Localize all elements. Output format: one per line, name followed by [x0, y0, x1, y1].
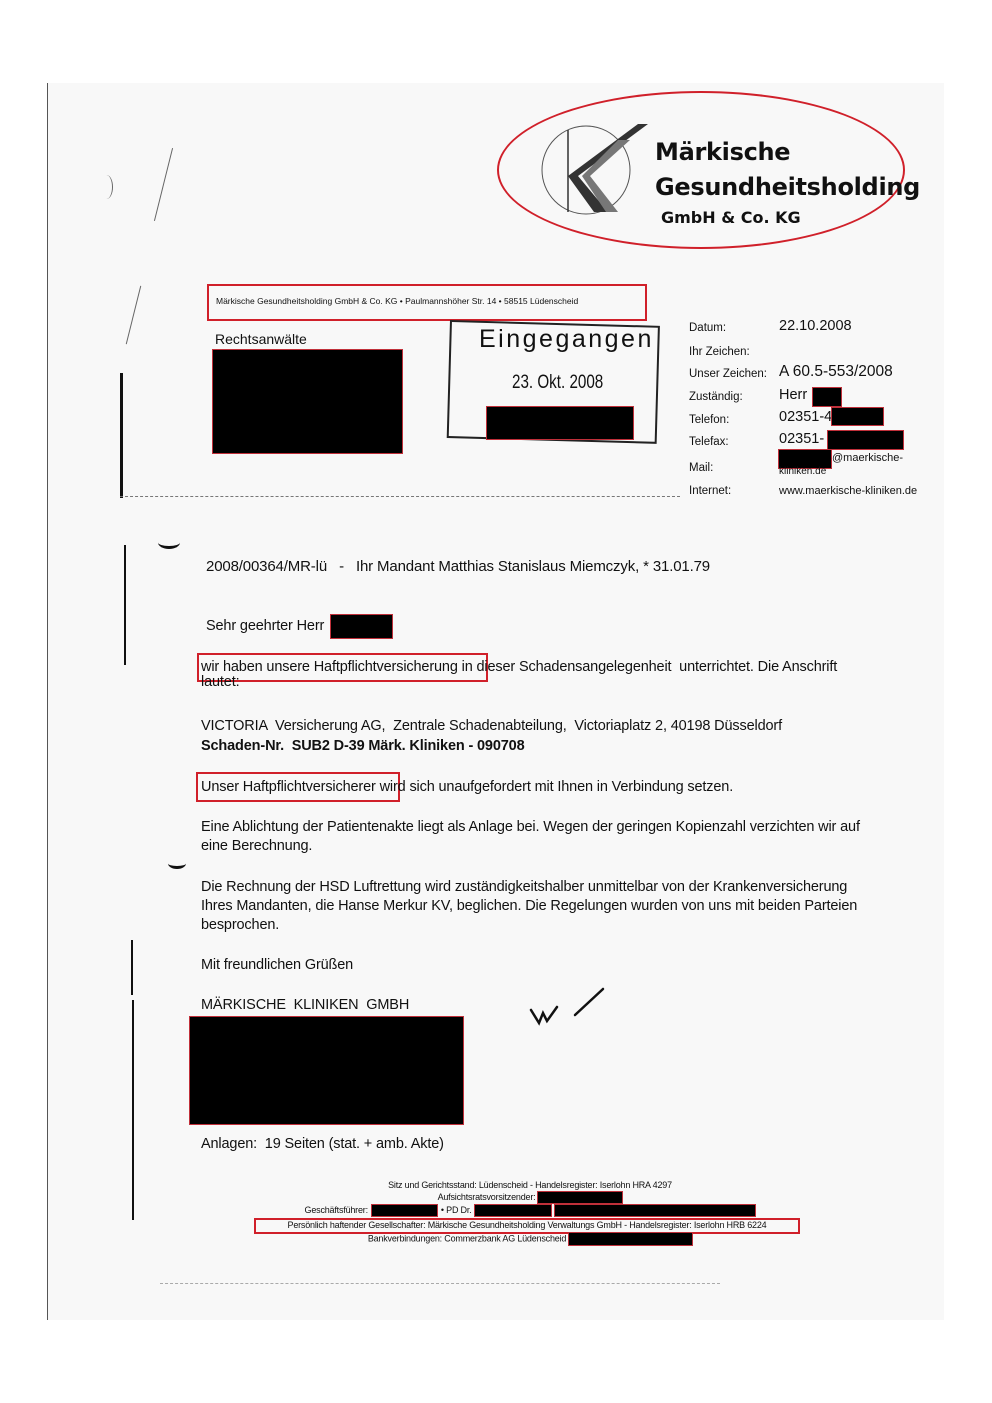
- footer-director3-redaction: [555, 1205, 755, 1216]
- paragraph-1-line-2: lautet:: [201, 674, 239, 690]
- info-label-mail: Mail:: [689, 462, 713, 474]
- paragraph-1-line-1: wir haben unsere Haftpflichtversicherung…: [201, 659, 837, 675]
- received-stamp-title: Eingegangen: [479, 325, 654, 354]
- subject-line: 2008/00364/MR-lü - Ihr Mandant Matthias …: [206, 558, 710, 575]
- margin-hook-mark: [158, 536, 180, 549]
- footer-directors-label: Geschäftsführer:: [305, 1205, 368, 1215]
- scanned-letter-page: [47, 83, 944, 1320]
- info-label-internet: Internet:: [689, 485, 731, 497]
- paragraph-2-rest: wird sich unaufgefordert mit Ihnen in Ve…: [376, 779, 733, 795]
- info-value-unser-zeichen: A 60.5-553/2008: [779, 363, 893, 381]
- footer-supervisory-board: Aufsichtsratsvorsitzender:: [250, 1192, 810, 1203]
- info-value-mail: @maerkische-: [832, 452, 903, 464]
- info-value-zustaendig: Herr: [779, 387, 807, 403]
- logo-name-line1: Märkische: [655, 138, 790, 166]
- bottom-scan-line: [160, 1283, 720, 1284]
- closing-greeting: Mit freundlichen Grüßen: [201, 957, 353, 973]
- recipient-address-redaction: [213, 350, 402, 453]
- footer-bank-label: Bankverbindungen: Commerzbank AG Lüdensc…: [368, 1233, 566, 1243]
- company-k-logo-icon: [538, 118, 648, 222]
- info-label-ihr-zeichen: Ihr Zeichen:: [689, 346, 750, 358]
- info-label-date: Datum:: [689, 322, 726, 334]
- margin-scan-mark: [124, 545, 126, 665]
- salutation-name-redaction: [331, 615, 392, 638]
- info-label-telefon: Telefon:: [689, 414, 729, 426]
- handwritten-signature: [525, 985, 615, 1035]
- margin-scan-mark: [120, 373, 123, 498]
- salutation: Sehr geehrter Herr: [206, 618, 324, 634]
- footer-managing-directors: Geschäftsführer:• PD Dr.: [250, 1205, 810, 1216]
- attachments-note: Anlagen: 19 Seiten (stat. + amb. Akte): [201, 1136, 444, 1152]
- logo-name-line2: Gesundheitsholding: [655, 173, 920, 201]
- footer-director1-redaction: [372, 1205, 437, 1216]
- logo-name-line3: GmbH & Co. KG: [661, 208, 801, 227]
- info-label-telefax: Telefax:: [689, 436, 729, 448]
- paragraph-4-line-1: Die Rechnung der HSD Luftrettung wird zu…: [201, 879, 847, 895]
- stamp-signature-redaction: [487, 407, 633, 439]
- info-value-mail-domain: kliniken.de: [779, 466, 826, 477]
- paragraph-2: Unser Haftpflichtversicherer wird sich u…: [201, 779, 733, 795]
- zustaendig-name-redaction: [813, 388, 841, 406]
- insurer-address: VICTORIA Versicherung AG, Zentrale Schad…: [201, 718, 782, 734]
- footer-director2-label: • PD Dr.: [441, 1205, 472, 1215]
- sender-return-address: Märkische Gesundheitsholding GmbH & Co. …: [216, 296, 578, 306]
- footer-director2-redaction: [475, 1205, 551, 1216]
- paragraph-3-line-1: Eine Ablichtung der Patientenakte liegt …: [201, 819, 860, 835]
- footer-general-partner: Persönlich haftender Gesellschafter: Mär…: [254, 1220, 800, 1230]
- paragraph-4-line-3: besprochen.: [201, 917, 279, 933]
- paragraph-2-highlight: Unser Haftpflichtversicherer: [201, 779, 376, 795]
- margin-scan-mark: [131, 940, 133, 995]
- info-value-telefax: 02351-: [779, 431, 824, 447]
- paragraph-3-line-2: eine Berechnung.: [201, 838, 312, 854]
- margin-hook-mark: [168, 858, 186, 869]
- footer-bank-redaction: [569, 1233, 692, 1245]
- footer-supervisory-label: Aufsichtsratsvorsitzender:: [438, 1192, 536, 1202]
- signatory-redaction: [190, 1017, 463, 1124]
- recipient-label: Rechtsanwälte: [215, 331, 307, 347]
- info-value-date: 22.10.2008: [779, 318, 852, 334]
- header-divider: [120, 496, 680, 497]
- footer-bank: Bankverbindungen: Commerzbank AG Lüdensc…: [250, 1233, 810, 1245]
- telefon-redaction: [832, 408, 883, 425]
- footer-supervisory-redaction: [538, 1192, 622, 1203]
- info-value-internet[interactable]: www.maerkische-kliniken.de: [779, 485, 917, 497]
- info-label-zustaendig: Zuständig:: [689, 391, 743, 403]
- info-label-unser-zeichen: Unser Zeichen:: [689, 368, 767, 380]
- margin-scan-mark: [132, 1000, 134, 1220]
- claim-number: Schaden-Nr. SUB2 D-39 Märk. Kliniken - 0…: [201, 738, 525, 754]
- info-value-telefon: 02351-4: [779, 409, 832, 425]
- paragraph-1-rest: in dieser Schadensangelegenheit unterric…: [458, 659, 837, 675]
- telefax-redaction: [828, 431, 903, 449]
- received-stamp-date: 23. Okt. 2008: [512, 372, 603, 394]
- paragraph-1-highlight: wir haben unsere Haftpflichtversicherung: [201, 659, 458, 675]
- closing-company: MÄRKISCHE KLINIKEN GMBH: [201, 997, 409, 1013]
- margin-arc-mark: [100, 175, 113, 199]
- paragraph-4-line-2: Ihres Mandanten, die Hanse Merkur KV, be…: [201, 898, 857, 914]
- footer-registration: Sitz und Gerichtsstand: Lüdenscheid - Ha…: [250, 1180, 810, 1190]
